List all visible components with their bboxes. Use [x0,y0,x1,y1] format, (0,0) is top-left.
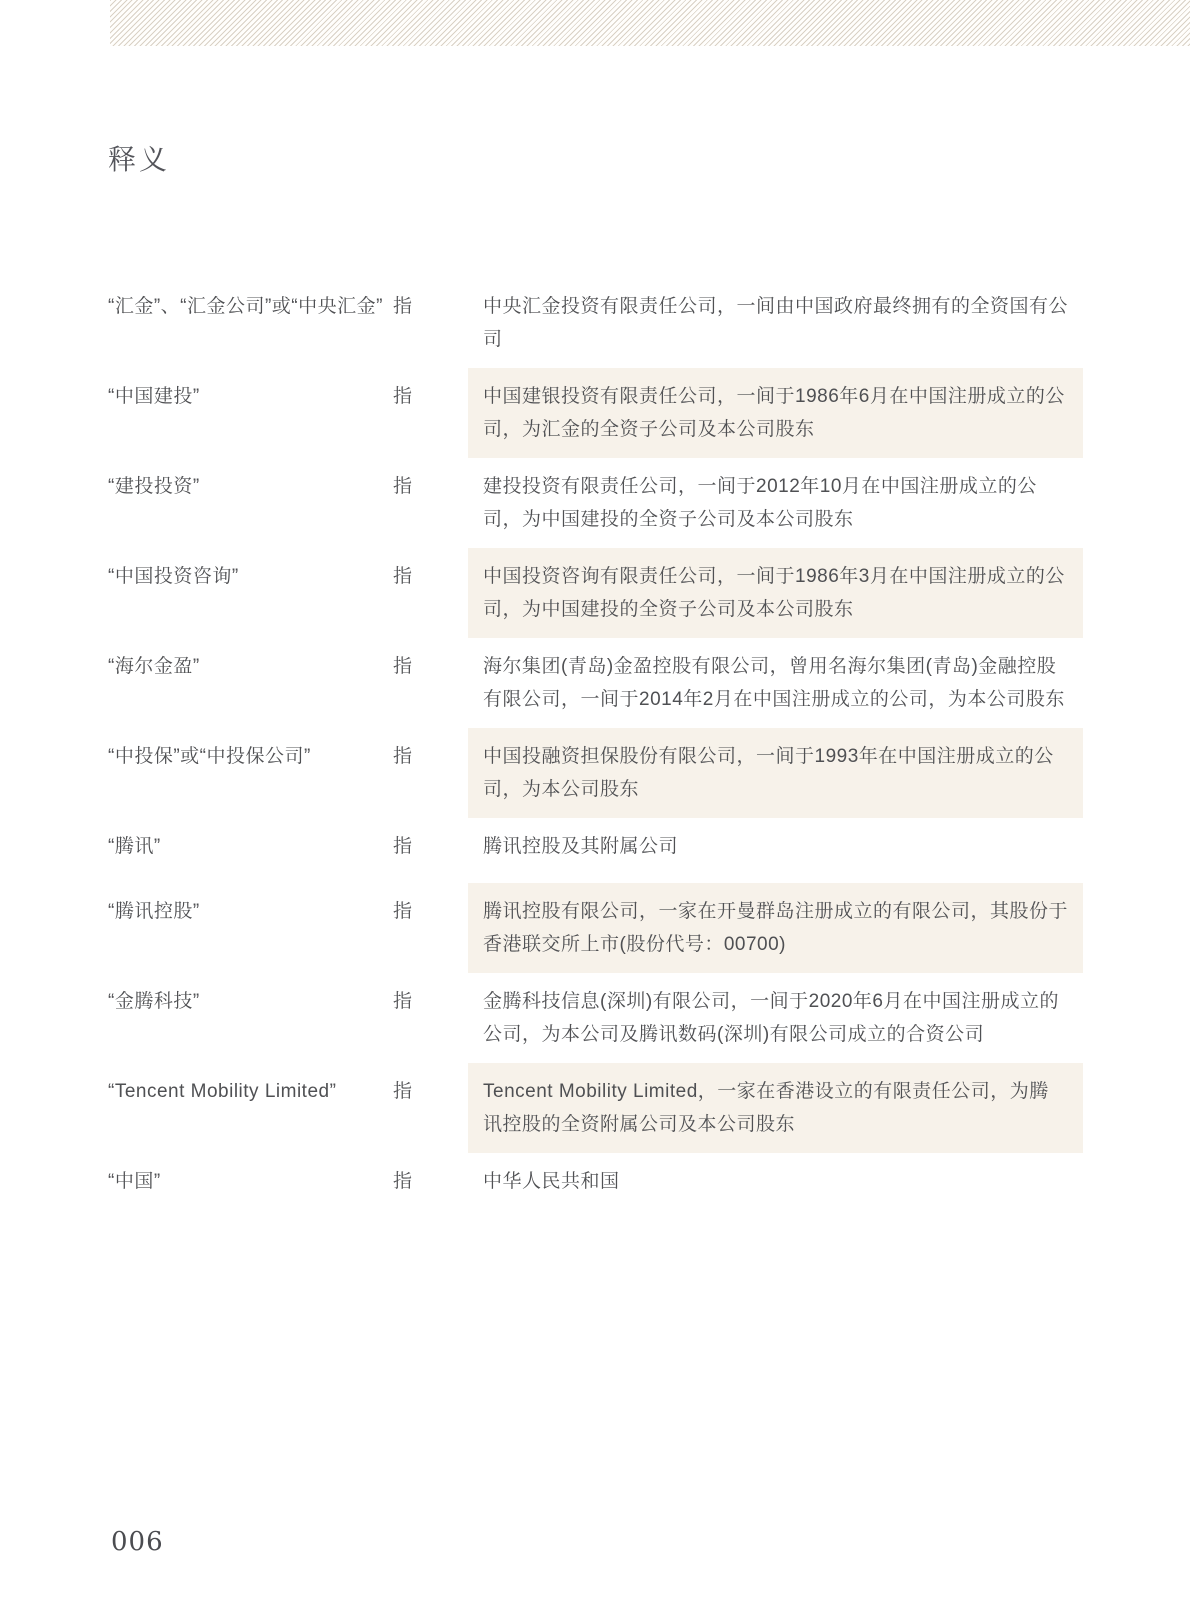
page-title: 释义 [108,138,170,178]
definition-term: “汇金”、“汇金公司”或“中央汇金” [108,278,393,368]
page-number: 006 [111,1527,164,1557]
definition-row: “中国” 指 中华人民共和国 [108,1153,1083,1218]
definition-row: “汇金”、“汇金公司”或“中央汇金” 指 中央汇金投资有限责任公司，一间由中国政… [108,278,1083,368]
definition-connector: 指 [393,728,468,818]
definition-connector: 指 [393,278,468,368]
definition-term: “中国投资咨询” [108,548,393,638]
definition-row: “腾讯控股” 指 腾讯控股有限公司，一家在开曼群岛注册成立的有限公司，其股份于香… [108,883,1083,973]
definition-term: “中投保”或“中投保公司” [108,728,393,818]
definition-text: 腾讯控股有限公司，一家在开曼群岛注册成立的有限公司，其股份于香港联交所上市(股份… [468,883,1083,973]
definition-term: “建投投资” [108,458,393,548]
definition-text: 中国投资咨询有限责任公司，一间于1986年3月在中国注册成立的公司，为中国建投的… [468,548,1083,638]
definition-term: “中国” [108,1153,393,1218]
definition-row: “Tencent Mobility Limited” 指 Tencent Mob… [108,1063,1083,1153]
definition-text: 金腾科技信息(深圳)有限公司，一间于2020年6月在中国注册成立的公司，为本公司… [468,973,1083,1063]
definition-text: 腾讯控股及其附属公司 [468,818,1083,883]
definition-row: “中国投资咨询” 指 中国投资咨询有限责任公司，一间于1986年3月在中国注册成… [108,548,1083,638]
definition-row: “中投保”或“中投保公司” 指 中国投融资担保股份有限公司，一间于1993年在中… [108,728,1083,818]
definition-term: “腾讯控股” [108,883,393,973]
definition-text: 建投投资有限责任公司，一间于2012年10月在中国注册成立的公司，为中国建投的全… [468,458,1083,548]
definition-term: “海尔金盈” [108,638,393,728]
definition-term: “腾讯” [108,818,393,883]
definition-text: 中央汇金投资有限责任公司，一间由中国政府最终拥有的全资国有公司 [468,278,1083,368]
definition-term: “金腾科技” [108,973,393,1063]
definition-text: 中华人民共和国 [468,1153,1083,1218]
definition-text: 中国投融资担保股份有限公司，一间于1993年在中国注册成立的公司，为本公司股东 [468,728,1083,818]
definition-row: “海尔金盈” 指 海尔集团(青岛)金盈控股有限公司，曾用名海尔集团(青岛)金融控… [108,638,1083,728]
definition-connector: 指 [393,548,468,638]
definition-text: 海尔集团(青岛)金盈控股有限公司，曾用名海尔集团(青岛)金融控股有限公司，一间于… [468,638,1083,728]
definition-row: “腾讯” 指 腾讯控股及其附属公司 [108,818,1083,883]
definition-text: 中国建银投资有限责任公司，一间于1986年6月在中国注册成立的公司，为汇金的全资… [468,368,1083,458]
definition-row: “建投投资” 指 建投投资有限责任公司，一间于2012年10月在中国注册成立的公… [108,458,1083,548]
definition-connector: 指 [393,1063,468,1153]
definition-connector: 指 [393,368,468,458]
definitions-list: “汇金”、“汇金公司”或“中央汇金” 指 中央汇金投资有限责任公司，一间由中国政… [108,278,1083,1218]
definition-text: Tencent Mobility Limited，一家在香港设立的有限责任公司，… [468,1063,1083,1153]
definition-term: “中国建投” [108,368,393,458]
definition-row: “中国建投” 指 中国建银投资有限责任公司，一间于1986年6月在中国注册成立的… [108,368,1083,458]
definition-connector: 指 [393,458,468,548]
definition-term: “Tencent Mobility Limited” [108,1063,393,1153]
definition-row: “金腾科技” 指 金腾科技信息(深圳)有限公司，一间于2020年6月在中国注册成… [108,973,1083,1063]
definition-connector: 指 [393,638,468,728]
definition-connector: 指 [393,883,468,973]
definition-connector: 指 [393,973,468,1063]
definition-connector: 指 [393,1153,468,1218]
definition-connector: 指 [393,818,468,883]
decorative-hatch-band [110,0,1190,46]
